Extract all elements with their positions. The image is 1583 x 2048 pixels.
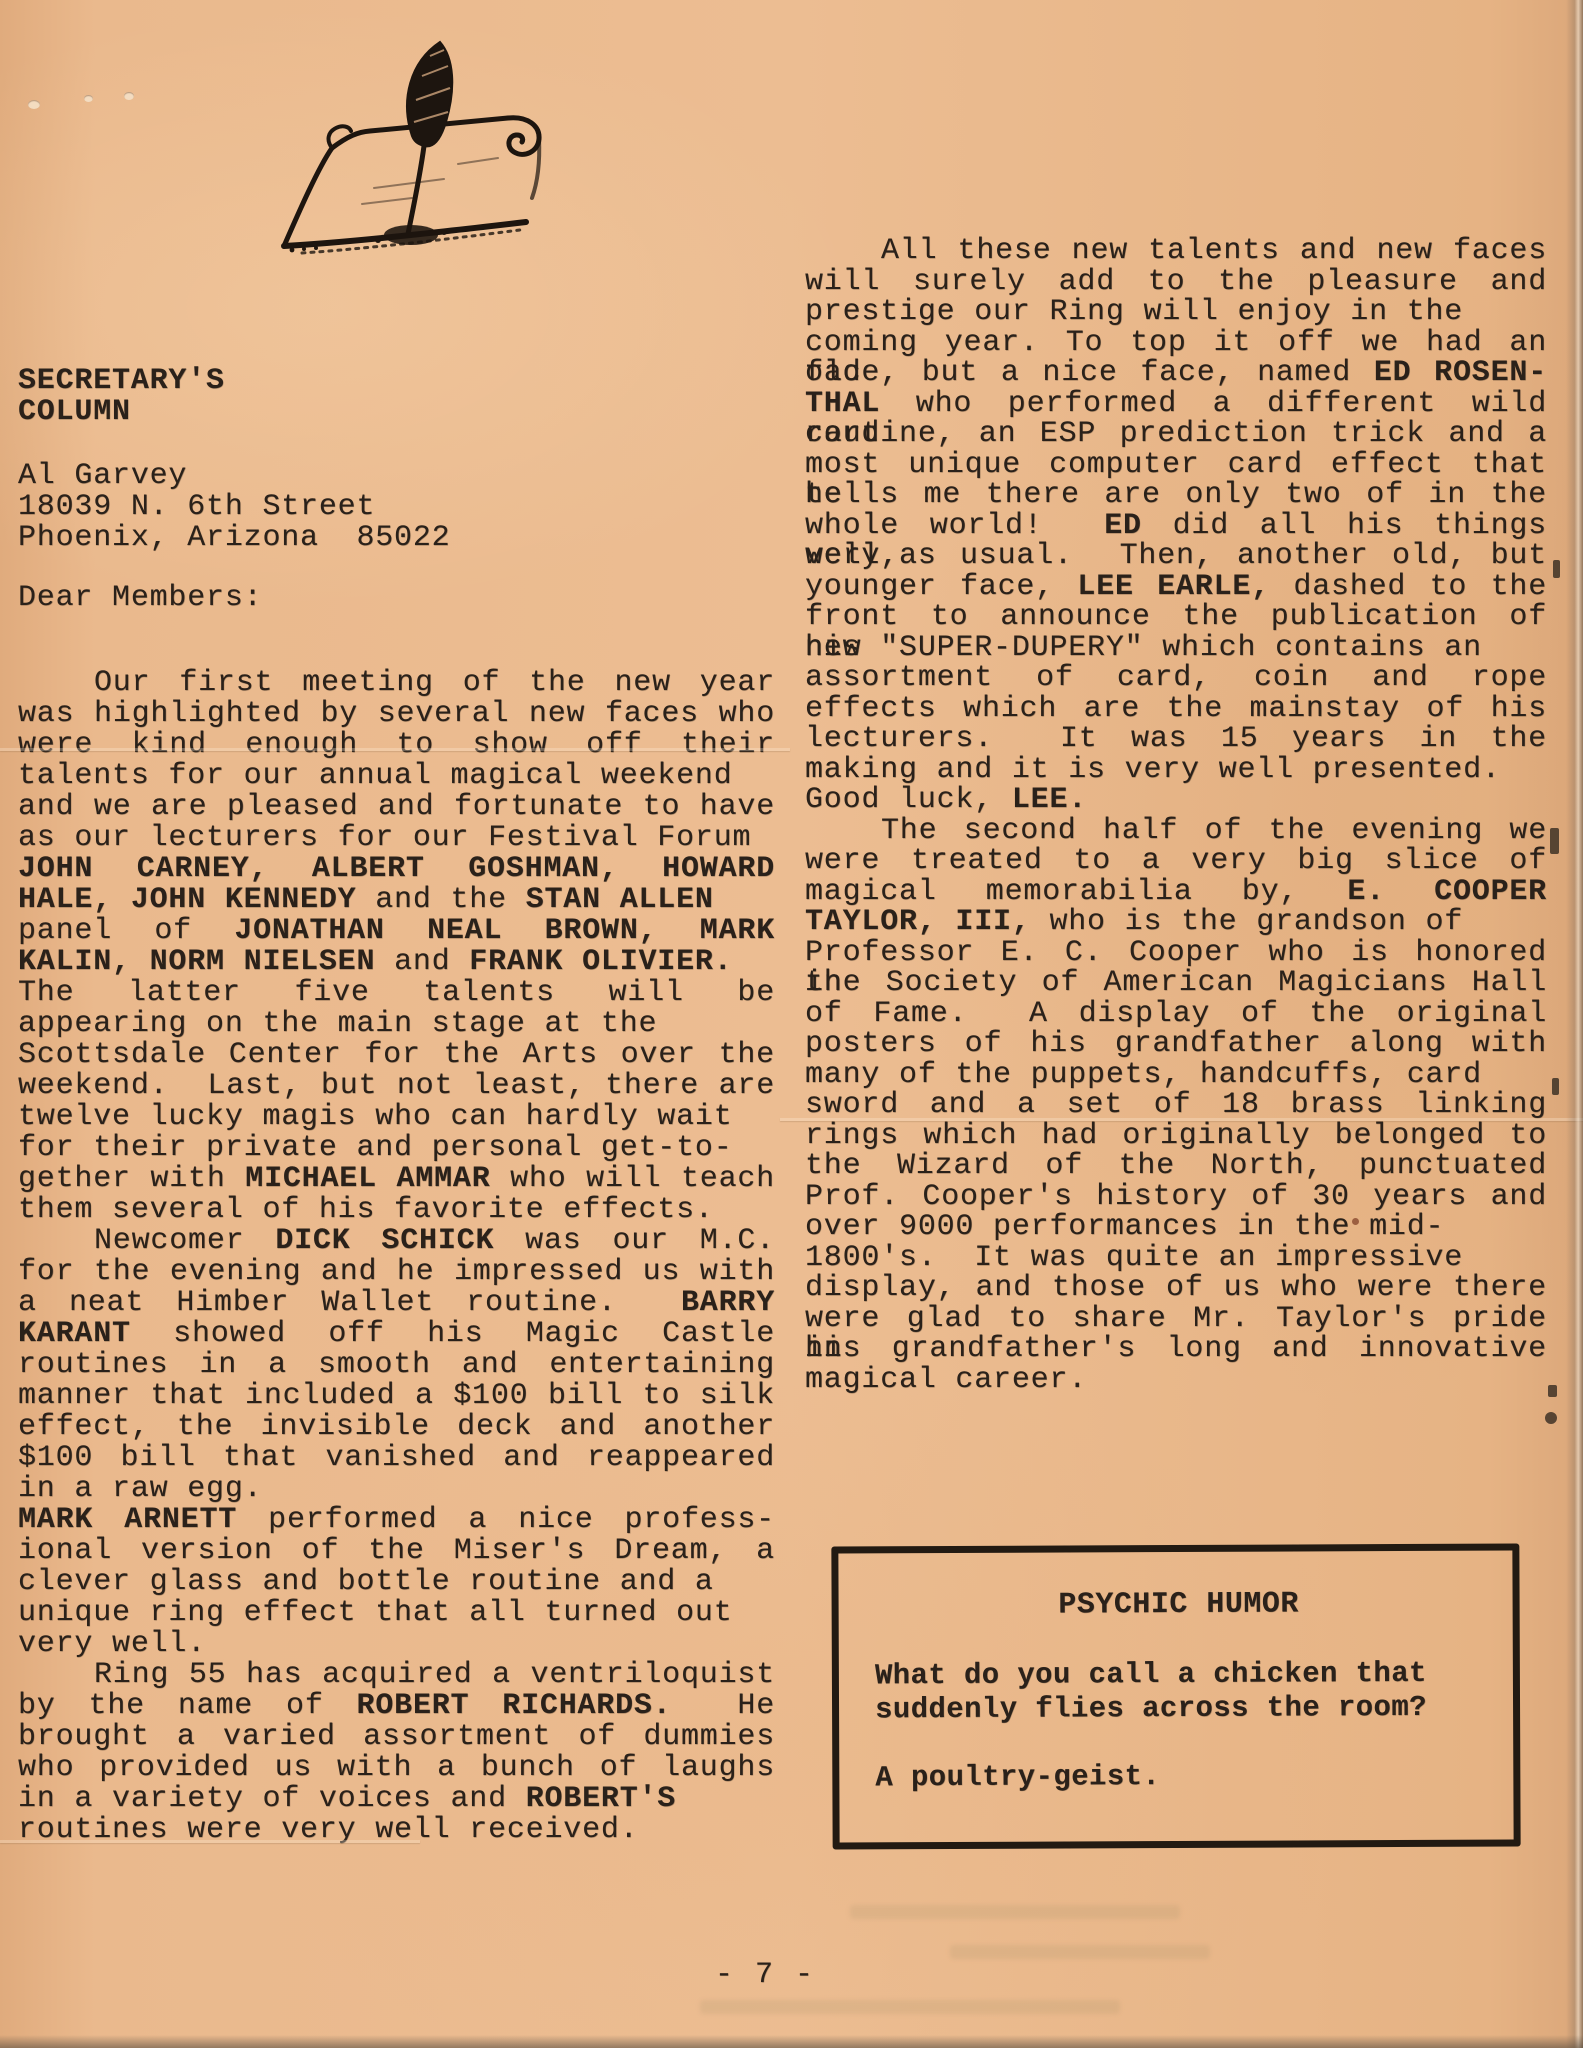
page-edge-shadow-right <box>1566 0 1583 2048</box>
body-line: a neat Himber Wallet routine. BARRY <box>18 1288 775 1319</box>
body-line: well,as usual. Then, another old, but <box>805 541 1547 572</box>
body-line: KARANT showed off his Magic Castle <box>18 1319 775 1350</box>
body-line: Scottsdale Center for the Arts over the <box>18 1040 775 1071</box>
body-line: in a variety of voices and ROBERT'S <box>18 1784 775 1815</box>
fold-crease <box>780 1118 1583 1121</box>
body-line: tells me there are only two of in the <box>805 480 1547 511</box>
bleedthrough-text <box>700 2000 1120 2014</box>
body-line: The latter five talents will be <box>18 978 775 1009</box>
body-line: prestige our Ring will enjoy in the <box>805 297 1547 328</box>
body-line: the Wizard of the North, punctuated <box>805 1151 1547 1182</box>
body-line: lecturers. It was 15 years in the <box>805 724 1547 755</box>
body-line: Ring 55 has acquired a ventriloquist <box>18 1660 775 1691</box>
body-line: posters of his grandfather along with <box>805 1029 1547 1060</box>
body-line: KALIN, NORM NIELSEN and FRANK OLIVIER. <box>18 947 775 978</box>
body-line: sword and a set of 18 brass linking <box>805 1090 1547 1121</box>
body-line: Our first meeting of the new year <box>18 668 775 699</box>
body-line: of Fame. A display of the original <box>805 999 1547 1030</box>
secretary-address: Al Garvey 18039 N. 6th Street Phoenix, A… <box>18 461 450 554</box>
edge-ink-mark <box>1545 1412 1557 1424</box>
body-line: new "SUPER-DUPERY" which contains an <box>805 633 1547 664</box>
humor-answer: A poultry-geist. <box>875 1759 1483 1796</box>
edge-ink-mark <box>1552 1078 1559 1095</box>
paper-speck <box>84 95 93 102</box>
body-line: making and it is very well presented. <box>805 755 1547 786</box>
address-line: Phoenix, Arizona 85022 <box>18 523 450 554</box>
body-line: magical career. <box>805 1365 1547 1396</box>
fold-crease <box>0 748 790 751</box>
body-line: JOHN CARNEY, ALBERT GOSHMAN, HOWARD <box>18 854 775 885</box>
paper-speck <box>28 100 40 109</box>
body-line: manner that included a $100 bill to silk <box>18 1381 775 1412</box>
body-line: by the name of ROBERT RICHARDS. He <box>18 1691 775 1722</box>
body-line: gether with MICHAEL AMMAR who will teach <box>18 1164 775 1195</box>
body-line: as our lecturers for our Festival Forum <box>18 823 775 854</box>
body-line: Prof. Cooper's history of 30 years and <box>805 1182 1547 1213</box>
body-line: younger face, LEE EARLE, dashed to the <box>805 572 1547 603</box>
body-line: TAYLOR, III, who is the grandson of <box>805 907 1547 938</box>
title-line: SECRETARY'S <box>18 366 225 397</box>
humor-box-title: PSYCHIC HUMOR <box>875 1589 1483 1622</box>
body-line: twelve lucky magis who can hardly wait <box>18 1102 775 1133</box>
body-line: MARK ARNETT performed a nice profess- <box>18 1505 775 1536</box>
body-line: were glad to share Mr. Taylor's pride in <box>805 1304 1547 1335</box>
secretarys-column-title: SECRETARY'S COLUMN <box>18 366 225 428</box>
body-line: will surely add to the pleasure and <box>805 267 1547 298</box>
body-line: magical memorabilia by, E. COOPER <box>805 877 1547 908</box>
body-line: rings which had originally belonged to <box>805 1121 1547 1152</box>
page-number: - 7 - <box>690 1958 840 1992</box>
page-edge-shadow-bottom <box>0 2035 1583 2048</box>
body-line: most unique computer card effect that he <box>805 450 1547 481</box>
body-line: for the evening and he impressed us with <box>18 1257 775 1288</box>
body-line: Good luck, LEE. <box>805 785 1547 816</box>
address-line: 18039 N. 6th Street <box>18 492 450 523</box>
body-line: talents for our annual magical weekend <box>18 761 775 792</box>
edge-ink-mark <box>1550 828 1559 854</box>
body-line: All these new talents and new faces <box>805 236 1547 267</box>
title-line: COLUMN <box>18 397 225 428</box>
newsletter-page: SECRETARY'S COLUMN Al Garvey 18039 N. 6t… <box>0 0 1583 2048</box>
body-line: clever glass and bottle routine and a <box>18 1567 775 1598</box>
body-line: for their private and personal get-to- <box>18 1133 775 1164</box>
body-line: 1800's. It was quite an impressive <box>805 1243 1547 1274</box>
paper-speck <box>124 92 134 100</box>
body-line: over 9000 performances in the mid- <box>805 1212 1547 1243</box>
humor-question: What do you call a chicken that suddenly… <box>875 1657 1483 1728</box>
body-line: very well. <box>18 1629 775 1660</box>
body-line: ional version of the Miser's Dream, a <box>18 1536 775 1567</box>
body-line: were kind enough to show off their <box>18 730 775 761</box>
body-line: HALE, JOHN KENNEDY and the STAN ALLEN <box>18 885 775 916</box>
body-line: effect, the invisible deck and another <box>18 1412 775 1443</box>
quill-and-scroll-illustration <box>262 36 554 308</box>
body-line: face, but a nice face, named ED ROSEN- <box>805 358 1547 389</box>
body-line: The second half of the evening we <box>805 816 1547 847</box>
fold-crease <box>0 1840 420 1843</box>
body-line: effects which are the mainstay of his <box>805 694 1547 725</box>
salutation: Dear Members: <box>18 583 262 614</box>
bleedthrough-text <box>950 1945 1210 1959</box>
body-line: panel of JONATHAN NEAL BROWN, MARK <box>18 916 775 947</box>
address-line: Al Garvey <box>18 461 450 492</box>
body-line: his grandfather's long and innovative <box>805 1334 1547 1365</box>
body-line: Newcomer DICK SCHICK was our M.C. <box>18 1226 775 1257</box>
body-line: weekend. Last, but not least, there are <box>18 1071 775 1102</box>
body-line: was highlighted by several new faces who <box>18 699 775 730</box>
body-line: $100 bill that vanished and reappeared <box>18 1443 775 1474</box>
body-line: brought a varied assortment of dummies <box>18 1722 775 1753</box>
body-line: routine, an ESP prediction trick and a <box>805 419 1547 450</box>
body-line: appearing on the main stage at the <box>18 1009 775 1040</box>
paper-stain-dot <box>1352 1218 1359 1225</box>
edge-ink-mark <box>1553 560 1560 578</box>
left-column: Our first meeting of the new yearwas hig… <box>18 668 775 1846</box>
body-line: coming year. To top it off we had an old <box>805 328 1547 359</box>
psychic-humor-box: PSYCHIC HUMOR What do you call a chicken… <box>831 1544 1520 1850</box>
body-line: and we are pleased and fortunate to have <box>18 792 775 823</box>
body-line: in a raw egg. <box>18 1474 775 1505</box>
humor-question-line: suddenly flies across the room? <box>875 1691 1483 1728</box>
body-line: front to announce the publication of his <box>805 602 1547 633</box>
body-line: display, and those of us who were there <box>805 1273 1547 1304</box>
body-line: them several of his favorite effects. <box>18 1195 775 1226</box>
right-column: All these new talents and new faceswill … <box>805 236 1547 1395</box>
body-line: THAL who performed a different wild card <box>805 389 1547 420</box>
bleedthrough-text <box>850 1905 1180 1919</box>
humor-question-line: What do you call a chicken that <box>875 1657 1483 1694</box>
body-line: assortment of card, coin and rope <box>805 663 1547 694</box>
body-line: the Society of American Magicians Hall <box>805 968 1547 999</box>
body-line: many of the puppets, handcuffs, card <box>805 1060 1547 1091</box>
body-line: routines in a smooth and entertaining <box>18 1350 775 1381</box>
body-line: Professor E. C. Cooper who is honored in <box>805 938 1547 969</box>
body-line: were treated to a very big slice of <box>805 846 1547 877</box>
edge-ink-mark <box>1548 1385 1557 1397</box>
body-line: who provided us with a bunch of laughs <box>18 1753 775 1784</box>
body-line: unique ring effect that all turned out <box>18 1598 775 1629</box>
body-line: whole world! ED did all his things very <box>805 511 1547 542</box>
